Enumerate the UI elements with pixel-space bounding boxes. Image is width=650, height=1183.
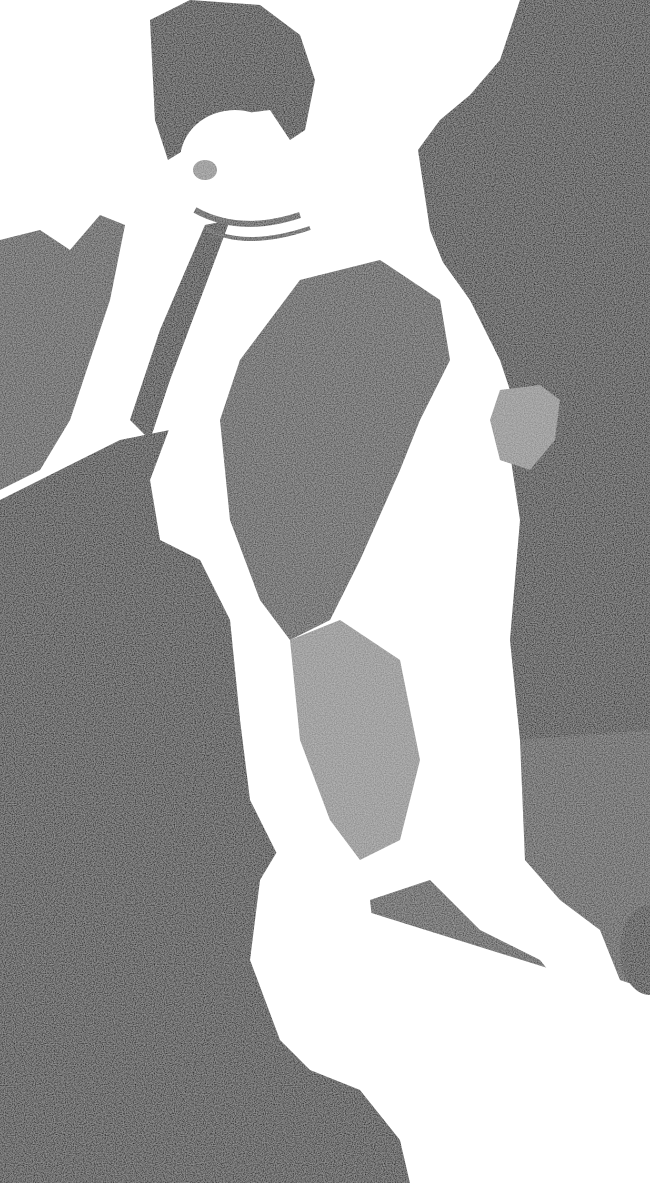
photograph xyxy=(0,0,650,1183)
child-cheek-shadow xyxy=(193,160,217,180)
child-face xyxy=(180,110,290,210)
